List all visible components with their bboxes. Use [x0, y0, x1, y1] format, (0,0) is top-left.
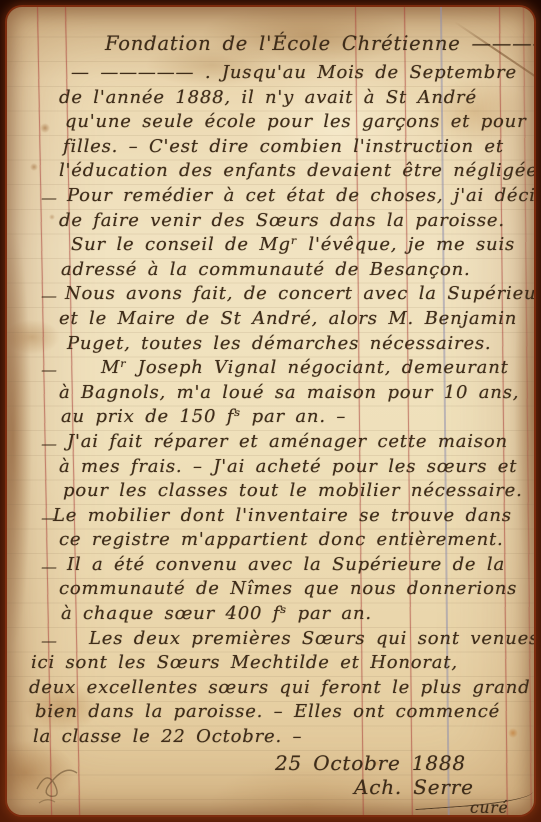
manuscript-line: deux excellentes sœurs qui feront le plu…	[29, 676, 504, 701]
manuscript-line: l'éducation des enfants devaient être né…	[59, 159, 534, 184]
manuscript-line: à chaque sœur 400 fˢ par an.	[61, 602, 534, 627]
manuscript-line: J'ai fait réparer et aménager cette mais…	[67, 430, 534, 455]
manuscript-line: filles. – C'est dire combien l'instructi…	[63, 135, 534, 160]
manuscript-line: et le Maire de St André, alors M. Benjam…	[59, 307, 534, 332]
manuscript-line: de faire venir des Sœurs dans la paroiss…	[59, 209, 534, 234]
manuscript-line: ici sont les Sœurs Mechtilde et Honorat,	[31, 651, 506, 676]
manuscript-line: Les deux premières Sœurs qui sont venues	[89, 627, 534, 652]
manuscript-line: de l'année 1888, il n'y avait à St André	[59, 86, 534, 111]
manuscript-line: pour les classes tout le mobilier nécess…	[63, 479, 534, 504]
manuscript-line: bien dans la paroisse. – Elles ont comme…	[35, 700, 510, 725]
manuscript-line: à Bagnols, m'a loué sa maison pour 10 an…	[59, 381, 534, 406]
manuscript-line: communauté de Nîmes que nous donnerions	[59, 577, 534, 602]
manuscript-line: ce registre m'appartient donc entièremen…	[59, 528, 534, 553]
manuscript-line: — ————— . Jusqu'au Mois de Septembre	[71, 61, 534, 86]
manuscript-line: au prix de 150 fˢ par an. –	[61, 405, 534, 430]
manuscript-line: Il a été convenu avec la Supérieure de l…	[67, 553, 534, 578]
manuscript-line: Le mobilier dont l'inventaire se trouve …	[53, 504, 528, 529]
manuscript-line: Pour remédier à cet état de choses, j'ai…	[67, 184, 534, 209]
photo-frame: — — — — — — — Fondation de l'École Chrét…	[0, 0, 541, 822]
manuscript-line: Nous avons fait, de concert avec la Supé…	[65, 282, 534, 307]
date-line: 25 Octobre 1888	[275, 750, 534, 776]
manuscript-text: Fondation de l'École Chrétienne ————- — …	[7, 27, 534, 815]
manuscript-line: Puget, toutes les démarches nécessaires.	[67, 332, 534, 357]
page-title: Fondation de l'École Chrétienne ————-	[105, 27, 534, 61]
manuscript-line: Sur le conseil de Mgʳ l'évêque, je me su…	[71, 233, 534, 258]
manuscript-page: — — — — — — — Fondation de l'École Chrét…	[7, 7, 534, 815]
manuscript-line: adressé à la communauté de Besançon.	[61, 258, 534, 283]
manuscript-line: la classe le 22 Octobre. –	[33, 725, 508, 750]
manuscript-line: qu'une seule école pour les garçons et p…	[65, 110, 534, 135]
manuscript-line: Mʳ Joseph Vignal négociant, demeurant	[101, 356, 534, 381]
manuscript-line: à mes frais. – J'ai acheté pour les sœur…	[59, 455, 534, 480]
